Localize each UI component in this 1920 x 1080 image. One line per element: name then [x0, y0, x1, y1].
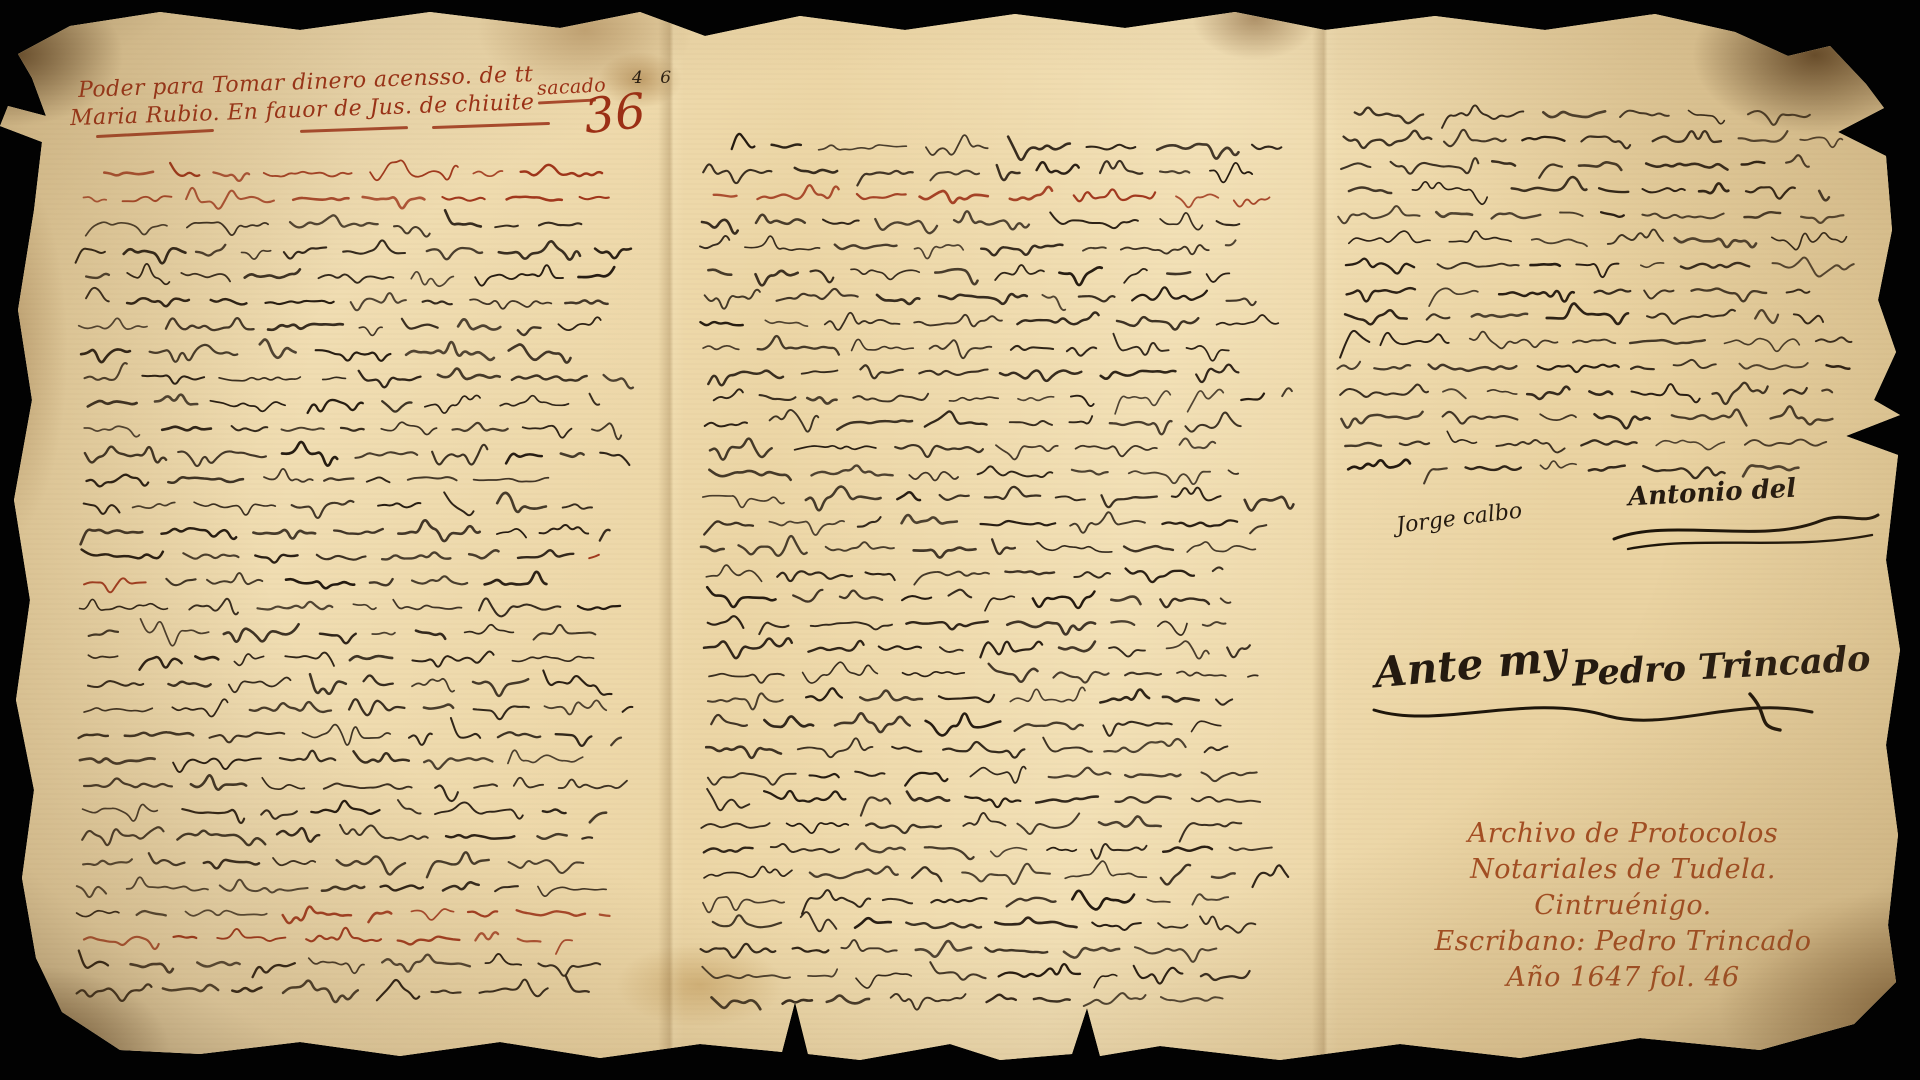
handwriting-line: [86, 222, 167, 236]
handwriting-line: [539, 223, 581, 226]
handwriting-line: [1172, 488, 1221, 501]
handwriting-line: [1338, 206, 1419, 223]
handwriting-line: [995, 265, 1044, 280]
handwriting-line: [1017, 813, 1079, 834]
handwriting-line: [538, 963, 600, 976]
handwriting-line: [1074, 572, 1110, 577]
handwriting-line: [595, 249, 631, 259]
handwriting-line: [258, 602, 333, 610]
handwriting-line: [760, 395, 796, 400]
handwriting-line: [359, 371, 421, 387]
handwriting-line: [1470, 332, 1558, 349]
handwriting-line: [1102, 495, 1157, 507]
handwriting-line: [1163, 847, 1212, 852]
handwriting-line: [806, 688, 842, 700]
handwriting-line: [812, 466, 893, 476]
handwriting-column-middle: [700, 133, 1300, 1032]
handwriting-line: [1043, 738, 1092, 752]
handwriting-line: [907, 792, 949, 801]
handwriting-line: [856, 973, 911, 988]
handwriting-line: [827, 996, 869, 1004]
handwriting-line: [861, 797, 890, 815]
handwriting-line: [914, 572, 989, 585]
handwriting-line: [1018, 397, 1054, 401]
handwriting-line: [1071, 396, 1094, 406]
handwriting-line: [189, 599, 238, 615]
handwriting-line: [317, 555, 366, 560]
handwriting-line: [1253, 865, 1289, 887]
handwriting-line: [1200, 916, 1255, 932]
handwriting-line: [186, 910, 267, 916]
caption-line-anio: Año 1647 fol. 46: [1408, 960, 1838, 996]
handwriting-line: [825, 313, 900, 330]
handwriting-line: [182, 809, 244, 823]
handwriting-line: [1113, 334, 1168, 355]
signature-pedro-trincado: Pedro Trincado: [1571, 638, 1871, 695]
handwriting-line: [1115, 391, 1170, 414]
handwriting-line: [1201, 971, 1250, 980]
handwriting-line: [1653, 131, 1721, 142]
handwriting-line: [558, 317, 600, 330]
handwriting-line: [224, 624, 299, 641]
handwriting-line: [140, 657, 182, 670]
handwriting-line: [370, 160, 458, 180]
handwriting-line: [914, 548, 976, 558]
handwriting-line: [1226, 240, 1236, 245]
handwriting-line: [508, 750, 583, 763]
handwriting-line: [600, 530, 610, 541]
handwriting-line: [1017, 312, 1098, 324]
handwriting-line: [811, 622, 892, 629]
handwriting-line: [783, 1000, 812, 1004]
handwriting-line: [149, 853, 185, 865]
handwriting-line: [1185, 413, 1240, 432]
handwriting-line: [451, 718, 480, 738]
handwriting-line: [1429, 365, 1517, 371]
handwriting-line: [183, 553, 238, 559]
handwriting-line: [1449, 231, 1511, 242]
handwriting-line: [1167, 641, 1209, 658]
handwriting-line: [1632, 384, 1700, 402]
handwriting-line: [77, 886, 106, 897]
handwriting-line: [340, 825, 428, 840]
handwriting-line: [80, 758, 155, 763]
handwriting-line: [406, 342, 494, 360]
handwriting-line: [341, 428, 364, 431]
handwriting-line: [412, 652, 493, 667]
handwriting-line: [1158, 923, 1187, 928]
handwriting-line: [168, 682, 210, 687]
handwriting-line: [1643, 466, 1724, 478]
handwriting-line: [798, 738, 873, 757]
handwriting-line: [1522, 137, 1564, 141]
handwriting-line: [316, 350, 391, 361]
handwriting-line: [902, 515, 957, 524]
handwriting-line: [1212, 873, 1235, 877]
handwriting-line: [509, 860, 584, 873]
handwriting-line: [1160, 213, 1202, 230]
handwriting-line: [84, 708, 152, 712]
handwriting-line: [382, 552, 450, 559]
handwriting-line: [1234, 197, 1270, 206]
handwriting-line: [915, 245, 964, 259]
handwriting-line: [1443, 389, 1466, 398]
handwriting-line: [446, 835, 514, 839]
handwriting-line: [897, 492, 920, 500]
signature-jorge-calbo: Jorge calbo: [1395, 498, 1524, 538]
handwriting-line: [793, 590, 822, 602]
handwriting-line: [303, 725, 391, 745]
handwriting-line: [468, 911, 497, 916]
handwriting-line: [517, 910, 585, 916]
handwriting-line: [704, 866, 792, 877]
handwriting-line: [579, 267, 615, 277]
handwriting-line: [712, 997, 761, 1009]
handwriting-line: [939, 294, 1027, 304]
handwriting-line: [806, 487, 881, 511]
handwriting-line: [745, 236, 820, 250]
handwriting-column-left: [75, 160, 640, 1022]
handwriting-line: [1340, 385, 1428, 397]
handwriting-line: [1161, 997, 1223, 1002]
handwriting-line: [1160, 171, 1189, 173]
handwriting-line: [84, 937, 159, 949]
handwriting-line: [700, 236, 729, 248]
handwriting-line: [962, 864, 1050, 884]
handwriting-line: [320, 634, 356, 644]
handwriting-line: [370, 579, 393, 585]
handwriting-line: [458, 319, 500, 329]
handwriting-line: [711, 715, 747, 726]
handwriting-line: [1230, 848, 1272, 851]
handwriting-line: [1147, 900, 1170, 903]
handwriting-line: [354, 751, 409, 762]
handwriting-line: [253, 530, 315, 538]
handwriting-line: [470, 299, 551, 308]
handwriting-line: [808, 969, 837, 976]
handwriting-line: [350, 656, 392, 660]
handwriting-line: [1543, 111, 1605, 117]
handwriting-line: [282, 428, 324, 431]
handwriting-line: [1053, 672, 1108, 683]
handwriting-line: [808, 641, 863, 652]
handwriting-line: [363, 197, 425, 208]
handwriting-line: [1241, 394, 1264, 400]
handwriting-line: [841, 940, 896, 952]
handwriting-line: [795, 446, 876, 450]
handwriting-line: [1374, 365, 1410, 369]
handwriting-line: [1492, 161, 1515, 165]
handwriting-line: [1642, 214, 1723, 219]
handwriting-line: [1161, 865, 1190, 885]
handwriting-line: [499, 241, 580, 259]
handwriting-line: [925, 411, 987, 426]
handwriting-line: [104, 172, 153, 176]
handwriting-line: [1681, 263, 1749, 269]
handwriting-line: [771, 844, 839, 852]
handwriting-line: [1050, 212, 1138, 228]
handwriting-line: [545, 700, 607, 714]
handwriting-line: [787, 823, 849, 833]
handwriting-line: [1512, 177, 1587, 191]
handwriting-line: [1579, 162, 1621, 170]
handwriting-line: [769, 521, 844, 535]
handwriting-line: [1015, 723, 1083, 731]
handwriting-line: [150, 345, 238, 362]
handwriting-line: [1056, 496, 1085, 500]
handwriting-line: [323, 377, 346, 379]
handwriting-line: [1187, 542, 1255, 552]
handwriting-line: [1094, 975, 1117, 988]
handwriting-line: [1341, 412, 1422, 428]
handwriting-line: [538, 834, 567, 839]
handwriting-line: [1355, 108, 1423, 123]
handwriting-line: [702, 220, 738, 234]
handwriting-line: [473, 679, 528, 696]
handwriting-line: [195, 656, 218, 659]
handwriting-line: [210, 733, 285, 743]
handwriting-line: [556, 734, 592, 746]
handwriting-line: [866, 572, 895, 580]
handwriting-line: [309, 958, 364, 973]
handwriting-line: [268, 324, 343, 330]
handwriting-line: [495, 226, 518, 228]
handwriting-line: [1346, 259, 1414, 274]
handwriting-line: [600, 915, 610, 916]
handwriting-line: [1124, 546, 1173, 551]
handwriting-line: [709, 674, 784, 683]
handwriting-line: [232, 988, 261, 992]
handwriting-line: [1581, 440, 1636, 445]
handwriting-line: [283, 907, 351, 923]
handwriting-line: [892, 747, 921, 752]
handwriting-line: [1527, 387, 1569, 399]
handwriting-line: [1772, 233, 1847, 250]
handwriting-line: [704, 848, 753, 853]
handwriting-line: [178, 451, 266, 466]
handwriting-line: [589, 555, 599, 558]
handwriting-line: [704, 638, 792, 658]
handwriting-line: [174, 936, 197, 938]
handwriting-line: [343, 240, 405, 253]
handwriting-line: [906, 923, 981, 928]
handwriting-line: [79, 951, 108, 968]
handwriting-line: [1227, 645, 1250, 657]
handwriting-line: [1196, 365, 1238, 382]
handwriting-line: [1337, 362, 1360, 369]
handwriting-line: [1135, 947, 1216, 962]
handwriting-line: [914, 315, 1002, 327]
handwriting-line: [398, 937, 460, 945]
handwriting-line: [166, 579, 195, 585]
handwriting-line: [823, 220, 859, 224]
handwriting-line: [411, 909, 453, 920]
handwriting-line: [232, 426, 268, 431]
handwriting-line: [561, 453, 584, 457]
handwriting-line: [497, 529, 526, 538]
handwriting-line: [1631, 367, 1654, 370]
handwriting-line: [261, 810, 297, 818]
handwriting-line: [217, 929, 285, 941]
handwriting-line: [1746, 187, 1795, 198]
handwriting-line: [939, 695, 994, 702]
handwriting-line: [79, 734, 108, 738]
handwriting-line: [84, 504, 120, 514]
handwriting-line: [1229, 470, 1239, 474]
handwriting-line: [995, 918, 1076, 928]
handwriting-line: [250, 702, 331, 712]
handwriting-line: [319, 274, 394, 282]
handwriting-line: [127, 298, 189, 306]
handwriting-line: [518, 327, 541, 335]
handwriting-line: [219, 377, 300, 381]
handwriting-line: [714, 195, 737, 197]
handwriting-line: [425, 395, 480, 413]
handwriting-line: [851, 269, 919, 279]
handwriting-line: [131, 964, 173, 973]
handwriting-line: [474, 478, 549, 482]
handwriting-line: [125, 732, 193, 736]
handwriting-line: [703, 346, 739, 350]
handwriting-line: [1210, 163, 1252, 182]
handwriting-line: [540, 525, 589, 534]
handwriting-line: [337, 856, 405, 874]
handwriting-line: [970, 767, 1025, 783]
handwriting-line: [394, 226, 430, 237]
handwriting-line: [582, 837, 592, 838]
handwriting-line: [142, 375, 204, 383]
handwriting-line: [1692, 289, 1767, 302]
handwriting-line: [83, 859, 132, 865]
manuscript-photo: Poder para Tomar dinero acensso. de tt M…: [0, 0, 1920, 1080]
handwriting-line: [590, 813, 606, 823]
handwriting-line: [1250, 525, 1266, 533]
handwriting-line: [708, 270, 731, 275]
handwriting-line: [1192, 797, 1260, 802]
handwriting-line: [506, 454, 542, 464]
handwriting-line: [1129, 471, 1210, 484]
handwriting-line: [82, 827, 163, 845]
handwriting-line: [600, 453, 629, 465]
handwriting-line: [81, 349, 130, 362]
handwriting-line: [920, 191, 988, 203]
handwriting-line: [1177, 672, 1226, 677]
handwriting-line: [1438, 263, 1519, 269]
handwriting-line: [1436, 212, 1472, 217]
handwriting-line: [1794, 314, 1823, 323]
handwriting-line: [255, 555, 297, 563]
handwriting-line: [1207, 273, 1230, 282]
handwriting-line: [1344, 131, 1432, 148]
handwriting-line: [1656, 440, 1724, 449]
handwriting-line: [1599, 188, 1628, 192]
handwriting-line: [701, 547, 724, 551]
handwriting-line: [764, 791, 845, 802]
handwriting-line: [940, 647, 963, 652]
handwriting-line: [475, 265, 563, 285]
handwriting-line: [949, 397, 998, 401]
handwriting-line: [877, 295, 919, 304]
handwriting-line: [1540, 461, 1576, 469]
handwriting-line: [364, 676, 393, 686]
handwriting-line: [424, 705, 453, 709]
handwriting-line: [1744, 212, 1780, 217]
handwriting-line: [124, 248, 186, 263]
handwriting-line: [978, 466, 1053, 477]
handwriting-line: [991, 848, 1027, 857]
handwriting-line: [168, 477, 243, 482]
handwriting-line: [282, 442, 337, 466]
handwriting-line: [311, 801, 379, 814]
handwriting-line: [163, 985, 218, 991]
handwriting-line: [191, 775, 246, 789]
handwriting-line: [155, 395, 197, 405]
handwriting-line: [1427, 314, 1450, 319]
handwriting-line: [980, 642, 1042, 658]
handwriting-line: [811, 270, 834, 282]
handwriting-line: [1213, 567, 1223, 571]
handwriting-line: [242, 251, 271, 260]
handwriting-line: [803, 662, 878, 683]
handwriting-line: [292, 501, 354, 518]
handwriting-line: [940, 495, 969, 500]
handwriting-line: [1103, 722, 1171, 736]
handwriting-line: [1033, 592, 1095, 608]
handwriting-line: [1162, 520, 1237, 526]
handwriting-line: [1109, 647, 1145, 656]
handwriting-line: [1205, 746, 1228, 752]
handwriting-line: [1188, 390, 1224, 412]
handwriting-line: [1252, 145, 1281, 149]
handwriting-line: [194, 502, 275, 515]
handwriting-line: [1349, 187, 1391, 193]
handwriting-line: [204, 860, 259, 868]
handwriting-line: [1647, 310, 1735, 324]
handwriting-line: [580, 197, 609, 199]
handwriting-line: [1083, 247, 1106, 250]
handwriting-line: [793, 948, 829, 953]
handwriting-line: [381, 422, 436, 434]
handwriting-line: [353, 604, 376, 609]
handwriting-line: [1601, 212, 1624, 217]
handwriting-line: [963, 813, 1005, 826]
handwriting-line: [1047, 848, 1076, 852]
handwriting-line: [1345, 310, 1407, 324]
handwriting-line: [987, 995, 1016, 1002]
handwriting-line: [1412, 182, 1487, 204]
handwriting-line: [777, 571, 852, 581]
handwriting-line: [1042, 295, 1065, 310]
handwriting-line: [265, 301, 333, 304]
handwriting-line: [369, 912, 392, 922]
handwriting-line: [88, 401, 137, 406]
handwriting-line: [83, 804, 158, 821]
handwriting-line: [563, 504, 592, 508]
handwriting-line: [623, 707, 633, 712]
handwriting-line: [264, 172, 352, 177]
handwriting-line: [1216, 699, 1232, 704]
handwriting-line: [916, 941, 971, 957]
handwriting-line: [891, 994, 966, 1010]
handwriting-line: [835, 713, 910, 732]
handwriting-line: [926, 135, 988, 155]
handwriting-line: [852, 339, 914, 350]
handwriting-line: [1540, 414, 1576, 420]
handwriting-line: [1117, 317, 1198, 329]
handwriting-line: [1227, 299, 1256, 306]
caption-line-notariales: Notariales de Tudela. Cintruénigo.: [1408, 852, 1838, 924]
handwriting-line: [465, 625, 514, 634]
